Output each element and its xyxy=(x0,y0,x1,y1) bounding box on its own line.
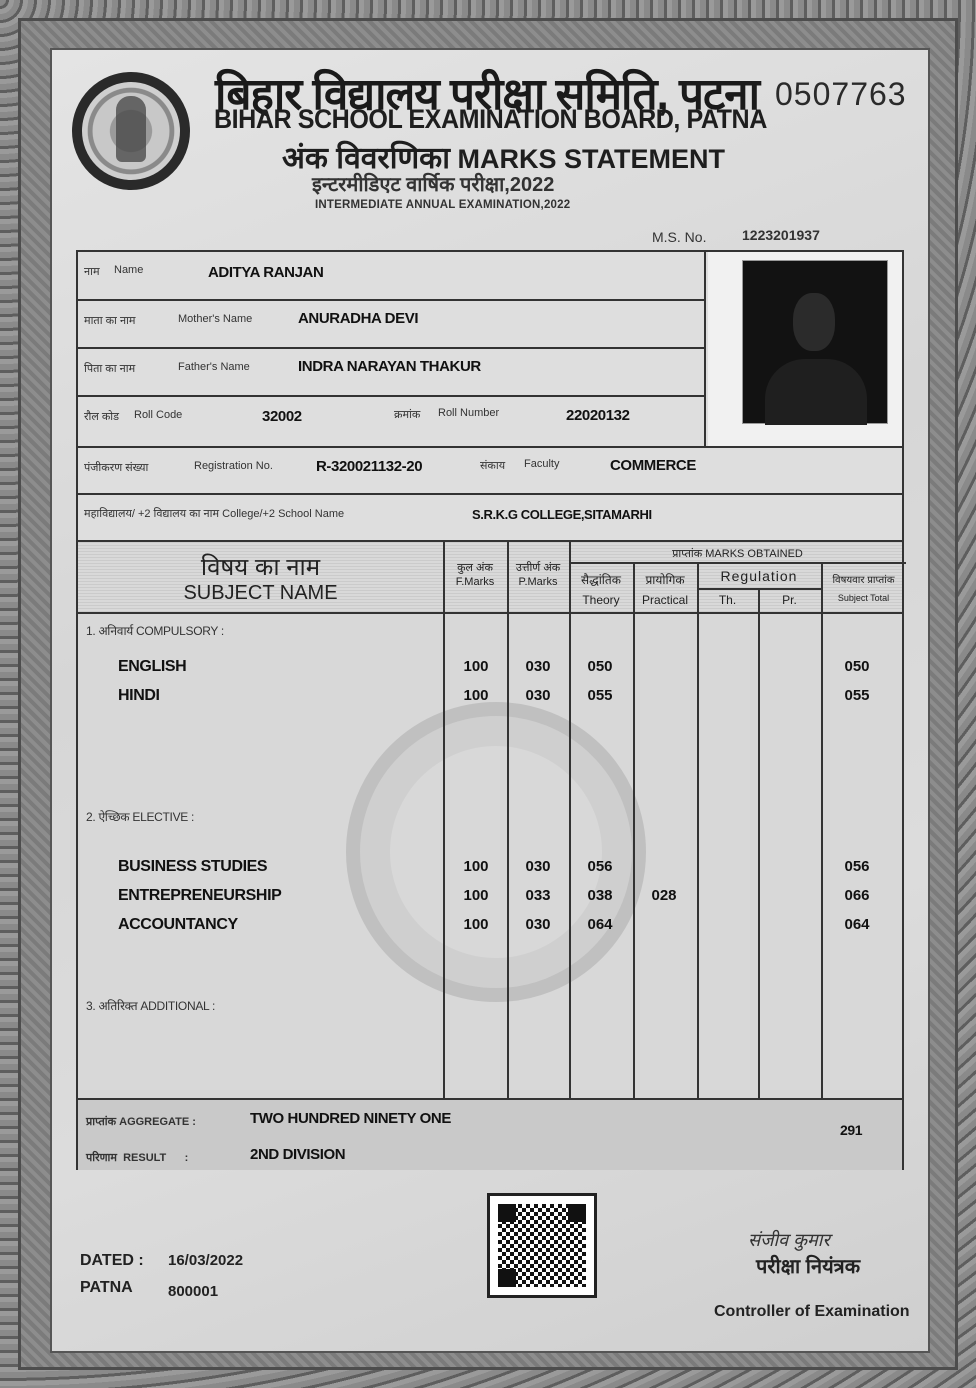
registration-label: Registration No. xyxy=(194,460,273,472)
student-details: नाम Name ADITYA RANJAN माता का नाम Mothe… xyxy=(78,252,706,446)
board-name-english: BIHAR SCHOOL EXAMINATION BOARD, PATNA xyxy=(214,104,767,135)
subject-name: HINDI xyxy=(118,687,160,705)
marks-total: 064 xyxy=(826,916,888,933)
father-name: INDRA NARAYAN THAKUR xyxy=(298,358,481,375)
marks-theory: 056 xyxy=(569,858,631,875)
column-line xyxy=(569,542,571,1098)
roll-code-label: Roll Code xyxy=(134,409,182,421)
name-label: Name xyxy=(114,264,143,276)
mother-label-hindi: माता का नाम xyxy=(84,313,136,328)
registration-row: पंजीकरण संख्या Registration No. R-320021… xyxy=(78,446,902,495)
faculty-label: Faculty xyxy=(524,458,559,470)
fmarks-header: F.Marks xyxy=(443,576,507,588)
college-name: S.R.K.G COLLEGE,SITAMARHI xyxy=(472,507,652,522)
name-row: नाम Name ADITYA RANJAN xyxy=(78,252,704,301)
marks-p-marks: 030 xyxy=(507,658,569,675)
practical-header: Practical xyxy=(633,593,697,607)
subject-name: ENTREPRENEURSHIP xyxy=(118,887,281,905)
section-label: 3. अतिरिक्त ADDITIONAL : xyxy=(86,997,215,1014)
column-line xyxy=(821,562,823,1098)
table-header: विषय का नाम SUBJECT NAME कुल अंक F.Marks… xyxy=(78,542,902,614)
marks-total: 056 xyxy=(826,858,888,875)
faculty-value: COMMERCE xyxy=(610,457,696,474)
photo-head xyxy=(793,293,835,351)
theory-header-hindi: सैद्धांतिक xyxy=(569,571,633,588)
column-line xyxy=(507,542,509,1098)
student-info-box: नाम Name ADITYA RANJAN माता का नाम Mothe… xyxy=(76,250,904,542)
aggregate-words: TWO HUNDRED NINETY ONE xyxy=(250,1110,451,1127)
mother-label: Mother's Name xyxy=(178,313,252,325)
student-photo xyxy=(742,260,888,424)
marks-p-marks: 030 xyxy=(507,858,569,875)
theory-header: Theory xyxy=(569,593,633,607)
seal-figure xyxy=(116,96,146,162)
mother-name: ANURADHA DEVI xyxy=(298,310,418,327)
ms-no-label: M.S. No. xyxy=(652,229,706,245)
photo-frame xyxy=(708,252,902,446)
column-line xyxy=(633,562,635,1098)
faculty-label-hindi: संकाय xyxy=(480,458,505,473)
marks-obtained-header: प्राप्तांक MARKS OBTAINED xyxy=(569,546,906,561)
board-seal-icon xyxy=(72,72,190,190)
header-divider xyxy=(758,588,760,614)
subject-name: ENGLISH xyxy=(118,658,186,676)
aggregate-section: प्राप्तांक AGGREGATE : TWO HUNDRED NINET… xyxy=(78,1098,902,1170)
marks-table: विषय का नाम SUBJECT NAME कुल अंक F.Marks… xyxy=(76,542,904,1170)
roll-number-label-hindi: क्रमांक xyxy=(394,407,420,422)
roll-number-label: Roll Number xyxy=(438,407,499,419)
college-label: महाविद्यालय/ +2 विद्यालय का नाम College/… xyxy=(84,506,344,521)
subject-header: SUBJECT NAME xyxy=(78,582,443,605)
subject-total-header: Subject Total xyxy=(821,593,906,603)
mother-row: माता का नाम Mother's Name ANURADHA DEVI xyxy=(78,301,704,349)
marks-p-marks: 030 xyxy=(507,687,569,704)
marks-p-marks: 033 xyxy=(507,887,569,904)
photo-body xyxy=(765,359,867,425)
ms-no-value: 1223201937 xyxy=(742,227,820,243)
registration-number: R-320021132-20 xyxy=(316,458,422,475)
father-label: Father's Name xyxy=(178,361,250,373)
student-name: ADITYA RANJAN xyxy=(208,264,323,281)
marks-theory: 038 xyxy=(569,887,631,904)
name-label-hindi: नाम xyxy=(84,264,100,279)
college-row: महाविद्यालय/ +2 विद्यालय का नाम College/… xyxy=(78,495,902,542)
marks-f-marks: 100 xyxy=(445,658,507,675)
subject-name: BUSINESS STUDIES xyxy=(118,858,267,876)
header-divider xyxy=(569,562,906,564)
marks-p-marks: 030 xyxy=(507,916,569,933)
controller-title-hindi: परीक्षा नियंत्रक xyxy=(756,1252,860,1279)
roll-row: रौल कोड Roll Code 32002 क्रमांक Roll Num… xyxy=(78,397,704,446)
father-label-hindi: पिता का नाम xyxy=(84,361,135,376)
subject-total-header-hindi: विषयवार प्राप्तांक xyxy=(821,572,906,586)
marks-f-marks: 100 xyxy=(445,887,507,904)
marks-practical: 028 xyxy=(633,887,695,904)
dated-label: DATED : xyxy=(80,1252,144,1270)
father-row: पिता का नाम Father's Name INDRA NARAYAN … xyxy=(78,349,704,397)
qr-code-icon xyxy=(487,1193,597,1298)
roll-code: 32002 xyxy=(262,408,302,425)
roll-code-label-hindi: रौल कोड xyxy=(84,409,119,424)
subject-name: ACCOUNTANCY xyxy=(118,916,238,934)
subject-header-hindi: विषय का नाम xyxy=(78,550,443,583)
controller-signature: संजीव कुमार xyxy=(748,1228,830,1252)
marks-f-marks: 100 xyxy=(445,858,507,875)
exam-name-hindi: इन्टरमीडिएट वार्षिक परीक्षा,2022 xyxy=(312,170,554,197)
place-label: PATNA xyxy=(80,1279,133,1297)
marks-theory: 064 xyxy=(569,916,631,933)
qr-pattern xyxy=(498,1204,586,1287)
reg-practical-header: Pr. xyxy=(758,593,821,607)
serial-number: 0507763 xyxy=(775,76,907,113)
marks-theory: 050 xyxy=(569,658,631,675)
marks-theory: 055 xyxy=(569,687,631,704)
aggregate-label: प्राप्तांक AGGREGATE : xyxy=(86,1114,196,1129)
column-line xyxy=(443,542,445,1098)
section-label: 1. अनिवार्य COMPULSORY : xyxy=(86,622,224,639)
aggregate-total: 291 xyxy=(840,1122,862,1138)
dated-value: 16/03/2022 xyxy=(168,1252,243,1269)
pmarks-header: P.Marks xyxy=(507,576,569,588)
result-value: 2ND DIVISION xyxy=(250,1146,345,1163)
marks-total: 055 xyxy=(826,687,888,704)
marks-f-marks: 100 xyxy=(445,687,507,704)
marks-total: 050 xyxy=(826,658,888,675)
result-label: परिणाम RESULT : xyxy=(86,1150,188,1165)
pincode: 800001 xyxy=(168,1283,218,1300)
pmarks-header-hindi: उत्तीर्ण अंक xyxy=(507,560,569,575)
section-label: 2. ऐच्छिक ELECTIVE : xyxy=(86,808,194,825)
roll-number: 22020132 xyxy=(566,407,630,424)
reg-theory-header: Th. xyxy=(697,593,758,607)
exam-name-english: INTERMEDIATE ANNUAL EXAMINATION,2022 xyxy=(315,199,570,211)
marks-total: 066 xyxy=(826,887,888,904)
column-line xyxy=(758,614,760,1098)
controller-title: Controller of Examination xyxy=(714,1303,910,1321)
regulation-header: Regulation xyxy=(697,568,821,584)
marks-f-marks: 100 xyxy=(445,916,507,933)
column-line xyxy=(697,562,699,1098)
practical-header-hindi: प्रायोगिक xyxy=(633,571,697,588)
registration-label-hindi: पंजीकरण संख्या xyxy=(84,460,148,475)
fmarks-header-hindi: कुल अंक xyxy=(443,560,507,575)
watermark-seal-icon xyxy=(346,702,646,1002)
